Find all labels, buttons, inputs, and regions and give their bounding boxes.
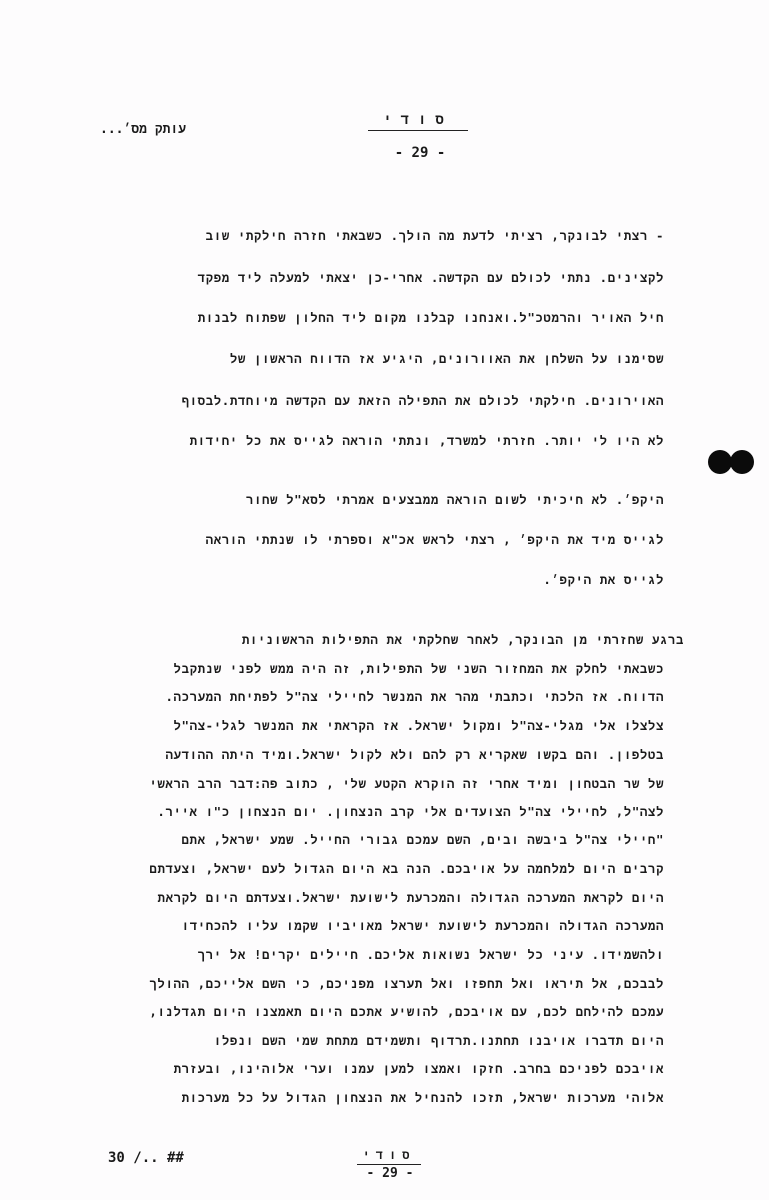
text-line: היקפ׳. לא חיכיתי לשום הוראה ממבצעים אמרת… [246, 492, 664, 508]
text-line: קרבים היום למלחמה על אויבכם. הנה בא היום… [149, 861, 664, 877]
text-line: שסימנו על השלחן את האוורונים, היגיע אז ה… [230, 351, 664, 367]
text-line: אויבכם לפניכם בחרב. חזקו ואמצו למען עמנו… [174, 1061, 664, 1077]
text-line: לקצינים. נתתי לכולם עם הקדשה. אחרי-כן יצ… [198, 270, 664, 286]
text-line: "חיילי צה"ל ביבשה ובים, השם עמכם גבורי ה… [182, 832, 665, 848]
punch-hole [730, 450, 754, 474]
text-line: האוירונים. חילקתי לכולם את התפילה הזאת ע… [182, 393, 664, 409]
punch-hole [708, 450, 732, 474]
page-number-header: - 29 - [385, 145, 455, 161]
text-line: לבבכם, אל תיראו ואל תחפזו ואל תערצו מפני… [149, 976, 664, 992]
text-line: לא היו לי יותר. חזרתי למשרד, ונתתי הוראה… [190, 433, 664, 449]
text-line: לגייס מיד את היקפ׳ , רצתי לראש אכ"א וספר… [206, 532, 664, 548]
text-line: חיל האויר והרמטכ"ל.ואנחנו קבלנו מקום ליד… [198, 310, 664, 326]
text-line: לגייס את היקפ׳. [543, 572, 664, 588]
binder-punch-holes [708, 447, 756, 477]
text-line: המערכה הגדולה והמכרעת לישועת ישראל מאויב… [182, 918, 664, 934]
classification-footer: סודי [357, 1148, 421, 1165]
text-line: היום לקראת המערכה הגדולה והמכרעת לישועת … [158, 890, 664, 906]
copy-number-note: עותק מס׳... [100, 122, 220, 137]
page-number-footer: - 29 - [355, 1166, 425, 1181]
text-line: צלצלו אלי מגלי-צה"ל ומקול ישראל. אז הקרא… [173, 718, 664, 734]
text-line: אלוהי מערכות ישראל, תזכו להנחיל את הנצחו… [182, 1090, 664, 1106]
next-page-reference: 30 /.. ## [108, 1150, 184, 1166]
text-line: ולהשמידו. עיני כל ישראל נשואות אליכם. חי… [198, 947, 664, 963]
classification-header: סודי [368, 112, 468, 131]
text-line: ברגע שחזרתי מן הבונקר, לאחר שחלקתי את הת… [242, 632, 684, 648]
text-line: כשבאתי לחלק את המחזור השני של התפילות, ז… [174, 661, 664, 677]
text-line: עמכם להילחם לכם, עם אויבכם, להושיע אתכם … [149, 1004, 664, 1020]
text-line: של שר הבטחון ומיד אחרי זה הוקרא הקטע שלי… [149, 776, 664, 792]
document-page: סודי - 29 - עותק מס׳... - רצתי לבונקר, ר… [0, 0, 769, 1200]
text-line: בטלפון. והם בקשו שאקריא רק להם ולא לקול … [166, 747, 665, 763]
text-line: לצה"ל, לחיילי צה"ל הצועדים אלי קרב הנצחו… [157, 804, 664, 820]
text-line: הדווח. אז הלכתי וכתבתי מהר את המנשר לחיי… [165, 689, 664, 705]
text-line: היום תדברו אויבנו תחתנו.תרדוף ותשמידם מת… [214, 1033, 664, 1049]
text-line: - רצתי לבונקר, רציתי לדעת מה הולך. כשבאת… [206, 228, 664, 244]
